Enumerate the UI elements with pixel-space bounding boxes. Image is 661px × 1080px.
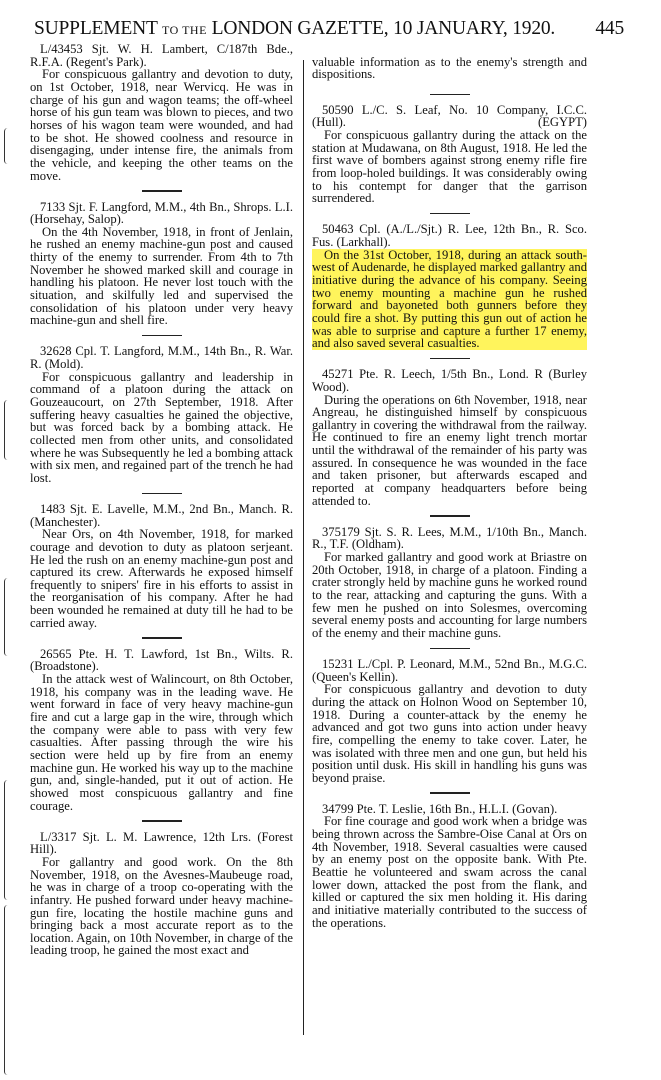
page-number: 445 — [595, 18, 624, 40]
citation-body: For conspicuous gallantry during the att… — [312, 129, 587, 205]
citation-heading: 15231 L./Cpl. P. Leonard, M.M., 52nd Bn.… — [312, 658, 587, 683]
header-gazette-title: LONDON GAZETTE, 10 JANUARY, 1920. — [212, 18, 556, 39]
page-header: SUPPLEMENT TO THE LONDON GAZETTE, 10 JAN… — [34, 18, 624, 40]
header-supplement: SUPPLEMENT — [34, 18, 157, 39]
separator-rule — [430, 213, 470, 214]
citation-body: For marked gallantry and good work at Br… — [312, 551, 587, 640]
margin-bracket-mark — [4, 780, 11, 900]
citation-body: For gallantry and good work. On the 8th … — [30, 856, 293, 957]
citation-body: For conspicuous gallantry and leadership… — [30, 371, 293, 485]
margin-bracket-mark — [4, 400, 11, 460]
right-column: valuable information as to the enemy's s… — [312, 43, 587, 929]
citation-heading: 50590 L./C. S. Leaf, No. 10 Company, I.C… — [312, 104, 587, 129]
separator-rule — [430, 648, 470, 649]
margin-bracket-mark — [4, 128, 11, 164]
continued-text: valuable information as to the enemy's s… — [312, 56, 587, 81]
citation-body: For conspicuous gallantry and devotion t… — [312, 683, 587, 784]
separator-rule — [430, 94, 470, 95]
citation-body: For conspicuous gallantry and devotion t… — [30, 68, 293, 182]
citation-entry: 7133 Sjt. F. Langford, M.M., 4th Bn., Sh… — [30, 201, 293, 328]
citation-heading: L/43453 Sjt. W. H. Lambert, C/187th Bde.… — [30, 43, 293, 68]
citation-entry: 15231 L./Cpl. P. Leonard, M.M., 52nd Bn.… — [312, 658, 587, 785]
citation-entry: 34799 Pte. T. Leslie, 16th Bn., H.L.I. (… — [312, 803, 587, 930]
citation-body: During the operations on 6th November, 1… — [312, 394, 587, 508]
separator-rule — [430, 515, 470, 516]
citation-body: For fine courage and good work when a br… — [312, 815, 587, 929]
citation-entry-highlighted: 50463 Cpl. (A./L./Sjt.) R. Lee, 12th Bn.… — [312, 223, 587, 350]
separator-rule — [142, 335, 182, 336]
highlighted-citation-body: On the 31st October, 1918, during an att… — [312, 249, 587, 350]
left-column: L/43453 Sjt. W. H. Lambert, C/187th Bde.… — [30, 43, 293, 957]
citation-heading: 1483 Sjt. E. Lavelle, M.M., 2nd Bn., Man… — [30, 503, 293, 528]
citation-entry: 32628 Cpl. T. Langford, M.M., 14th Bn., … — [30, 345, 293, 484]
separator-rule — [430, 792, 470, 793]
column-divider — [303, 60, 304, 1035]
citation-entry: 50590 L./C. S. Leaf, No. 10 Company, I.C… — [312, 104, 587, 205]
citation-entry: 26565 Pte. H. T. Lawford, 1st Bn., Wilts… — [30, 648, 293, 813]
citation-body: In the attack west of Walincourt, on 8th… — [30, 673, 293, 812]
citation-heading: 45271 Pte. R. Leech, 1/5th Bn., Lond. R … — [312, 368, 587, 393]
separator-rule — [142, 820, 182, 821]
citation-heading: 32628 Cpl. T. Langford, M.M., 14th Bn., … — [30, 345, 293, 370]
margin-bracket-mark — [4, 905, 11, 1075]
citation-body: Near Ors, on 4th November, 1918, for mar… — [30, 528, 293, 629]
citation-entry: 45271 Pte. R. Leech, 1/5th Bn., Lond. R … — [312, 368, 587, 507]
gazette-page: SUPPLEMENT TO THE LONDON GAZETTE, 10 JAN… — [0, 0, 661, 1080]
citation-entry: L/3317 Sjt. L. M. Lawrence, 12th Lrs. (F… — [30, 831, 293, 958]
separator-rule — [142, 637, 182, 638]
separator-rule — [142, 493, 182, 494]
citation-entry: 375179 Sjt. S. R. Lees, M.M., 1/10th Bn.… — [312, 526, 587, 640]
citation-heading: 50463 Cpl. (A./L./Sjt.) R. Lee, 12th Bn.… — [312, 223, 587, 248]
separator-rule — [142, 190, 182, 191]
citation-entry: 1483 Sjt. E. Lavelle, M.M., 2nd Bn., Man… — [30, 503, 293, 630]
citation-heading: 375179 Sjt. S. R. Lees, M.M., 1/10th Bn.… — [312, 526, 587, 551]
citation-heading: 7133 Sjt. F. Langford, M.M., 4th Bn., Sh… — [30, 201, 293, 226]
citation-heading: 26565 Pte. H. T. Lawford, 1st Bn., Wilts… — [30, 648, 293, 673]
margin-bracket-mark — [4, 578, 11, 656]
citation-body: On the 4th November, 1918, in front of J… — [30, 226, 293, 327]
separator-rule — [430, 358, 470, 359]
citation-heading: L/3317 Sjt. L. M. Lawrence, 12th Lrs. (F… — [30, 831, 293, 856]
citation-entry: L/43453 Sjt. W. H. Lambert, C/187th Bde.… — [30, 43, 293, 182]
header-to-the: TO THE — [162, 23, 207, 37]
citation-heading-text: 50463 Cpl. (A./L./Sjt.) R. Lee, 12th Bn.… — [312, 222, 587, 249]
